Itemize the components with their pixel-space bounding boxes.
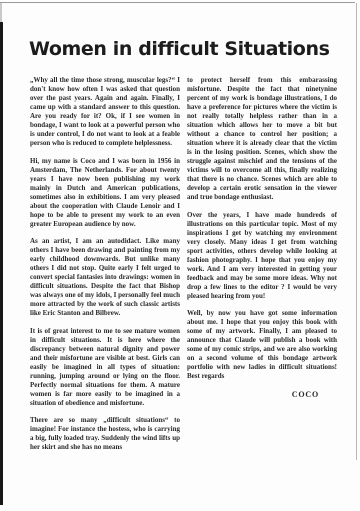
- page-title: Women in difficult Situations: [29, 38, 329, 60]
- author-signature: COCO: [187, 390, 337, 399]
- text-columns: „Why all the time those strong, muscular…: [30, 76, 337, 461]
- paragraph: to protect herself from this embarassing…: [187, 76, 337, 202]
- page-edge-top: [0, 2, 355, 3]
- page-edge-left-light: [0, 3, 2, 23]
- paragraph: There are so many „difficult situations“…: [30, 416, 180, 452]
- paragraph: „Why all the time those strong, muscular…: [30, 76, 180, 148]
- paragraph: Hi, my name is Coco and I was born in 19…: [30, 157, 180, 229]
- paragraph: Over the years, I have made hundreds of …: [187, 211, 337, 301]
- paragraph: As an artist, I am an autodidact. Like m…: [30, 237, 180, 318]
- page-edge-right: [356, 3, 357, 460]
- left-column: „Why all the time those strong, muscular…: [30, 76, 180, 461]
- right-column: to protect herself from this embarassing…: [187, 76, 337, 461]
- paragraph: Well, by now you have got some informati…: [187, 309, 337, 381]
- paragraph: It is of great interest to me to see mat…: [30, 327, 180, 408]
- page-edge-left: [0, 22, 3, 505]
- scanned-book-page: Women in difficult Situations „Why all t…: [0, 0, 360, 511]
